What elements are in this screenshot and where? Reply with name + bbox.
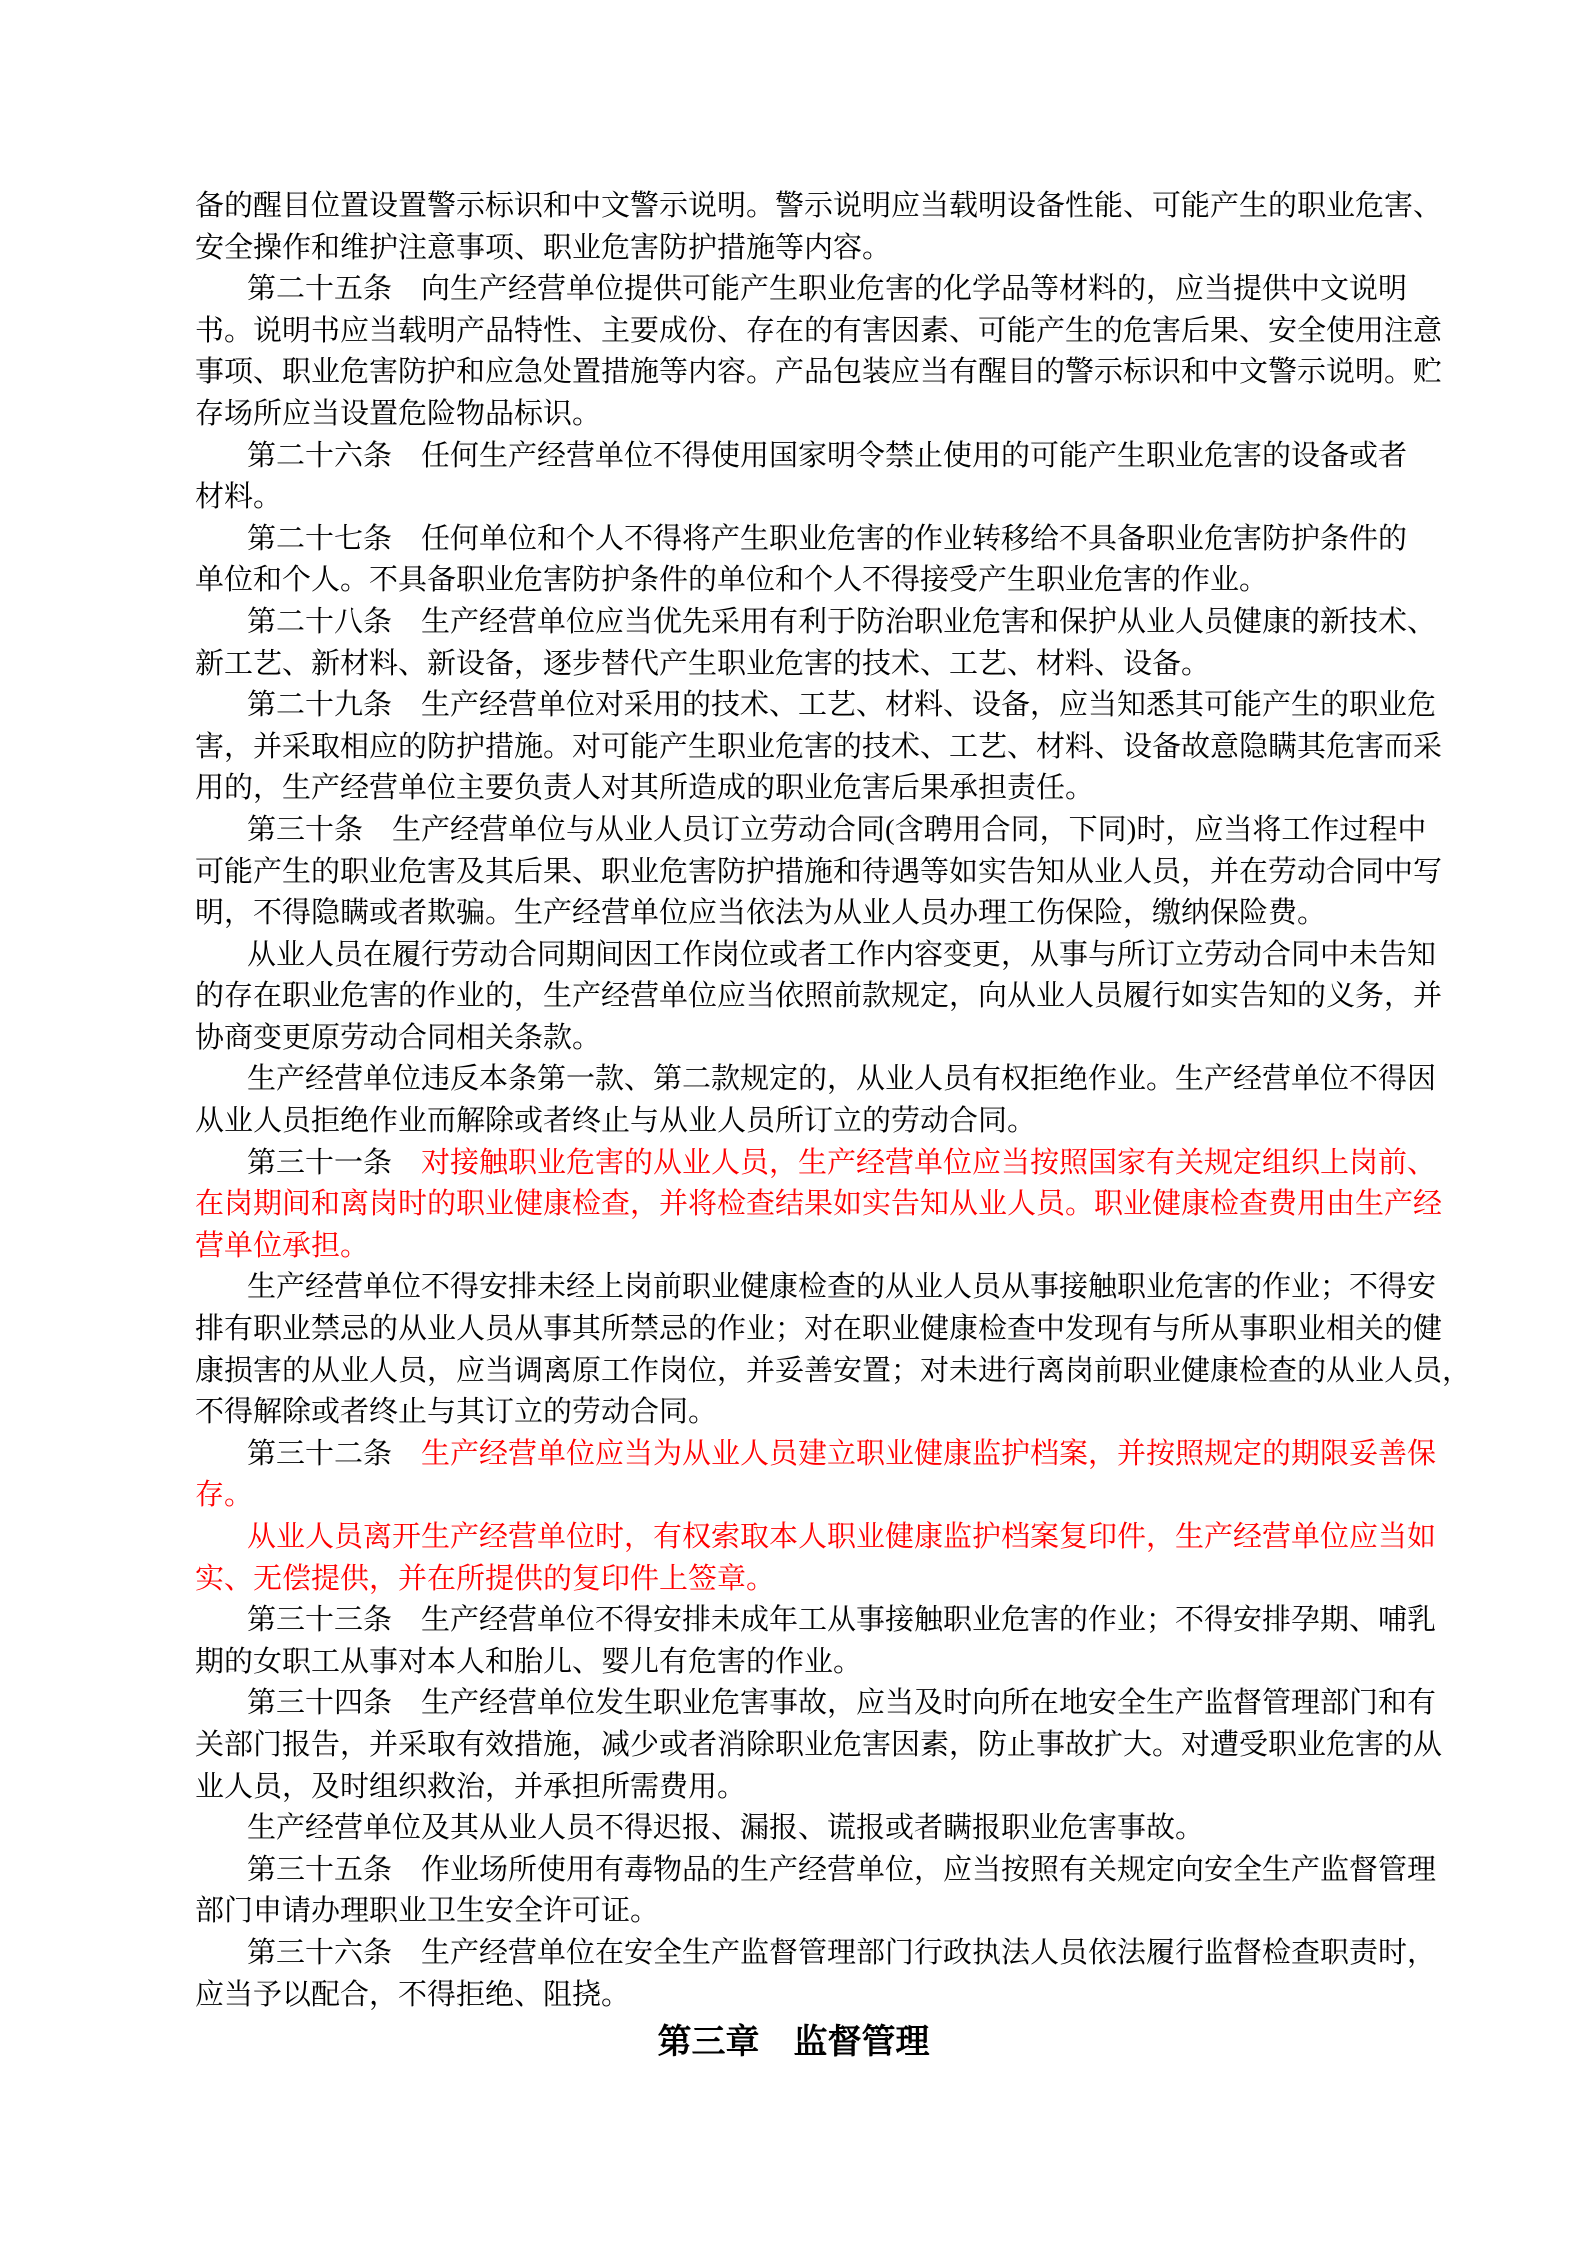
text-line: 康损害的从业人员，应当调离原工作岗位，并妥善安置；对未进行离岗前职业健康检查的从… <box>195 1351 1485 1393</box>
text-line: 不得解除或者终止与其订立的劳动合同。 <box>195 1392 1485 1434</box>
text-line: 书。说明书应当载明产品特性、主要成份、存在的有害因素、可能产生的危害后果、安全使… <box>195 311 1485 353</box>
text-segment: 书。说明书应当载明产品特性、主要成份、存在的有害因素、可能产生的危害后果、安全使… <box>195 315 1442 347</box>
highlighted-text-segment: 营单位承担。 <box>195 1230 369 1262</box>
text-segment: 第三十二条 <box>247 1438 421 1470</box>
text-segment: 第二十八条 生产经营单位应当优先采用有利于防治职业危害和保护从业人员健康的新技术… <box>247 606 1436 638</box>
text-segment: 部门申请办理职业卫生安全许可证。 <box>195 1895 659 1927</box>
text-segment: 单位和个人。不具备职业危害防护条件的单位和个人不得接受产生职业危害的作业。 <box>195 564 1268 596</box>
text-segment: 新工艺、新材料、新设备，逐步替代产生职业危害的技术、工艺、材料、设备。 <box>195 648 1210 680</box>
text-line: 生产经营单位及其从业人员不得迟报、漏报、谎报或者瞒报职业危害事故。 <box>195 1808 1485 1850</box>
text-line: 第二十八条 生产经营单位应当优先采用有利于防治职业危害和保护从业人员健康的新技术… <box>195 602 1485 644</box>
highlighted-text-segment: 从业人员离开生产经营单位时，有权索取本人职业健康监护档案复印件，生产经营单位应当… <box>247 1521 1436 1553</box>
text-segment: 材料。 <box>195 481 282 513</box>
text-segment: 康损害的从业人员，应当调离原工作岗位，并妥善安置；对未进行离岗前职业健康检查的从… <box>195 1355 1471 1387</box>
text-segment: 明，不得隐瞒或者欺骗。生产经营单位应当依法为从业人员办理工伤保险，缴纳保险费。 <box>195 897 1326 929</box>
text-line: 第三十一条 对接触职业危害的从业人员，生产经营单位应当按照国家有关规定组织上岗前… <box>195 1143 1485 1185</box>
text-segment: 备的醒目位置设置警示标识和中文警示说明。警示说明应当载明设备性能、可能产生的职业… <box>195 190 1442 222</box>
text-line: 明，不得隐瞒或者欺骗。生产经营单位应当依法为从业人员办理工伤保险，缴纳保险费。 <box>195 893 1485 935</box>
text-segment: 可能产生的职业危害及其后果、职业危害防护措施和待遇等如实告知从业人员，并在劳动合… <box>195 856 1442 888</box>
text-segment: 第二十七条 任何单位和个人不得将产生职业危害的作业转移给不具备职业危害防护条件的 <box>247 523 1407 555</box>
text-line: 生产经营单位违反本条第一款、第二款规定的，从业人员有权拒绝作业。生产经营单位不得… <box>195 1059 1485 1101</box>
document-body: 备的醒目位置设置警示标识和中文警示说明。警示说明应当载明设备性能、可能产生的职业… <box>195 186 1485 2016</box>
text-line: 存场所应当设置危险物品标识。 <box>195 394 1485 436</box>
text-line: 害，并采取相应的防护措施。对可能产生职业危害的技术、工艺、材料、设备故意隐瞒其危… <box>195 727 1485 769</box>
text-segment: 第三十条 生产经营单位与从业人员订立劳动合同(含聘用合同，下同)时，应当将工作过… <box>247 814 1426 846</box>
text-line: 事项、职业危害防护和应急处置措施等内容。产品包装应当有醒目的警示标识和中文警示说… <box>195 352 1485 394</box>
text-segment: 第三十四条 生产经营单位发生职业危害事故，应当及时向所在地安全生产监督管理部门和… <box>247 1687 1436 1719</box>
text-line: 第三十四条 生产经营单位发生职业危害事故，应当及时向所在地安全生产监督管理部门和… <box>195 1683 1485 1725</box>
text-line: 营单位承担。 <box>195 1226 1485 1268</box>
text-segment: 第三十一条 <box>247 1147 421 1179</box>
text-segment: 应当予以配合，不得拒绝、阻挠。 <box>195 1979 630 2011</box>
text-line: 新工艺、新材料、新设备，逐步替代产生职业危害的技术、工艺、材料、设备。 <box>195 644 1485 686</box>
text-segment: 不得解除或者终止与其订立的劳动合同。 <box>195 1396 717 1428</box>
text-segment: 业人员，及时组织救治，并承担所需费用。 <box>195 1771 746 1803</box>
text-line: 存。 <box>195 1475 1485 1517</box>
text-line: 第三十六条 生产经营单位在安全生产监督管理部门行政执法人员依法履行监督检查职责时… <box>195 1933 1485 1975</box>
text-segment: 生产经营单位不得安排未经上岗前职业健康检查的从业人员从事接触职业危害的作业；不得… <box>247 1271 1436 1303</box>
text-segment: 第三十三条 生产经营单位不得安排未成年工从事接触职业危害的作业；不得安排孕期、哺… <box>247 1604 1436 1636</box>
highlighted-text-segment: 生产经营单位应当为从业人员建立职业健康监护档案，并按照规定的期限妥善保 <box>421 1438 1436 1470</box>
text-line: 协商变更原劳动合同相关条款。 <box>195 1018 1485 1060</box>
text-line: 关部门报告，并采取有效措施，减少或者消除职业危害因素，防止事故扩大。对遭受职业危… <box>195 1725 1485 1767</box>
document-page: 备的醒目位置设置警示标识和中文警示说明。警示说明应当载明设备性能、可能产生的职业… <box>0 0 1587 2245</box>
text-segment: 生产经营单位违反本条第一款、第二款规定的，从业人员有权拒绝作业。生产经营单位不得… <box>247 1063 1436 1095</box>
text-segment: 从业人员在履行劳动合同期间因工作岗位或者工作内容变更，从事与所订立劳动合同中未告… <box>247 939 1436 971</box>
text-line: 第二十五条 向生产经营单位提供可能产生职业危害的化学品等材料的，应当提供中文说明 <box>195 269 1485 311</box>
text-segment: 期的女职工从事对本人和胎儿、婴儿有危害的作业。 <box>195 1646 862 1678</box>
text-line: 单位和个人。不具备职业危害防护条件的单位和个人不得接受产生职业危害的作业。 <box>195 560 1485 602</box>
text-line: 业人员，及时组织救治，并承担所需费用。 <box>195 1767 1485 1809</box>
text-segment: 排有职业禁忌的从业人员从事其所禁忌的作业；对在职业健康检查中发现有与所从事职业相… <box>195 1313 1442 1345</box>
text-line: 生产经营单位不得安排未经上岗前职业健康检查的从业人员从事接触职业危害的作业；不得… <box>195 1267 1485 1309</box>
text-segment: 害，并采取相应的防护措施。对可能产生职业危害的技术、工艺、材料、设备故意隐瞒其危… <box>195 731 1442 763</box>
text-line: 从业人员在履行劳动合同期间因工作岗位或者工作内容变更，从事与所订立劳动合同中未告… <box>195 935 1485 977</box>
text-line: 用的，生产经营单位主要负责人对其所造成的职业危害后果承担责任。 <box>195 768 1485 810</box>
text-segment: 第二十六条 任何生产经营单位不得使用国家明令禁止使用的可能产生职业危害的设备或者 <box>247 440 1407 472</box>
text-segment: 第二十五条 向生产经营单位提供可能产生职业危害的化学品等材料的，应当提供中文说明 <box>247 273 1407 305</box>
text-segment: 事项、职业危害防护和应急处置措施等内容。产品包装应当有醒目的警示标识和中文警示说… <box>195 356 1442 388</box>
text-segment: 协商变更原劳动合同相关条款。 <box>195 1022 601 1054</box>
text-line: 安全操作和维护注意事项、职业危害防护措施等内容。 <box>195 228 1485 270</box>
highlighted-text-segment: 实、无偿提供，并在所提供的复印件上签章。 <box>195 1563 775 1595</box>
text-line: 排有职业禁忌的从业人员从事其所禁忌的作业；对在职业健康检查中发现有与所从事职业相… <box>195 1309 1485 1351</box>
text-segment: 关部门报告，并采取有效措施，减少或者消除职业危害因素，防止事故扩大。对遭受职业危… <box>195 1729 1442 1761</box>
text-segment: 安全操作和维护注意事项、职业危害防护措施等内容。 <box>195 232 891 264</box>
text-segment: 从业人员拒绝作业而解除或者终止与从业人员所订立的劳动合同。 <box>195 1105 1036 1137</box>
text-line: 第三十二条 生产经营单位应当为从业人员建立职业健康监护档案，并按照规定的期限妥善… <box>195 1434 1485 1476</box>
text-line: 第二十九条 生产经营单位对采用的技术、工艺、材料、设备，应当知悉其可能产生的职业… <box>195 685 1485 727</box>
highlighted-text-segment: 对接触职业危害的从业人员，生产经营单位应当按照国家有关规定组织上岗前、 <box>421 1147 1436 1179</box>
text-line: 备的醒目位置设置警示标识和中文警示说明。警示说明应当载明设备性能、可能产生的职业… <box>195 186 1485 228</box>
text-line: 期的女职工从事对本人和胎儿、婴儿有危害的作业。 <box>195 1642 1485 1684</box>
text-segment: 的存在职业危害的作业的，生产经营单位应当依照前款规定，向从业人员履行如实告知的义… <box>195 980 1442 1012</box>
text-line: 从业人员离开生产经营单位时，有权索取本人职业健康监护档案复印件，生产经营单位应当… <box>195 1517 1485 1559</box>
text-line: 部门申请办理职业卫生安全许可证。 <box>195 1891 1485 1933</box>
text-line: 第三十条 生产经营单位与从业人员订立劳动合同(含聘用合同，下同)时，应当将工作过… <box>195 810 1485 852</box>
text-segment: 存场所应当设置危险物品标识。 <box>195 398 601 430</box>
text-line: 的存在职业危害的作业的，生产经营单位应当依照前款规定，向从业人员履行如实告知的义… <box>195 976 1485 1018</box>
text-segment: 第二十九条 生产经营单位对采用的技术、工艺、材料、设备，应当知悉其可能产生的职业… <box>247 689 1436 721</box>
text-line: 第三十三条 生产经营单位不得安排未成年工从事接触职业危害的作业；不得安排孕期、哺… <box>195 1600 1485 1642</box>
text-line: 实、无偿提供，并在所提供的复印件上签章。 <box>195 1559 1485 1601</box>
text-line: 从业人员拒绝作业而解除或者终止与从业人员所订立的劳动合同。 <box>195 1101 1485 1143</box>
text-segment: 用的，生产经营单位主要负责人对其所造成的职业危害后果承担责任。 <box>195 772 1094 804</box>
highlighted-text-segment: 存。 <box>195 1479 253 1511</box>
chapter-heading: 第三章 监督管理 <box>0 2014 1587 2063</box>
text-line: 可能产生的职业危害及其后果、职业危害防护措施和待遇等如实告知从业人员，并在劳动合… <box>195 852 1485 894</box>
text-line: 第二十七条 任何单位和个人不得将产生职业危害的作业转移给不具备职业危害防护条件的 <box>195 519 1485 561</box>
highlighted-text-segment: 在岗期间和离岗时的职业健康检查，并将检查结果如实告知从业人员。职业健康检查费用由… <box>195 1188 1442 1220</box>
text-line: 材料。 <box>195 477 1485 519</box>
text-line: 在岗期间和离岗时的职业健康检查，并将检查结果如实告知从业人员。职业健康检查费用由… <box>195 1184 1485 1226</box>
text-segment: 第三十五条 作业场所使用有毒物品的生产经营单位，应当按照有关规定向安全生产监督管… <box>247 1854 1436 1886</box>
text-segment: 生产经营单位及其从业人员不得迟报、漏报、谎报或者瞒报职业危害事故。 <box>247 1812 1204 1844</box>
text-line: 第二十六条 任何生产经营单位不得使用国家明令禁止使用的可能产生职业危害的设备或者 <box>195 436 1485 478</box>
text-segment: 第三十六条 生产经营单位在安全生产监督管理部门行政执法人员依法履行监督检查职责时… <box>247 1937 1436 1969</box>
text-line: 应当予以配合，不得拒绝、阻挠。 <box>195 1975 1485 2017</box>
text-line: 第三十五条 作业场所使用有毒物品的生产经营单位，应当按照有关规定向安全生产监督管… <box>195 1850 1485 1892</box>
